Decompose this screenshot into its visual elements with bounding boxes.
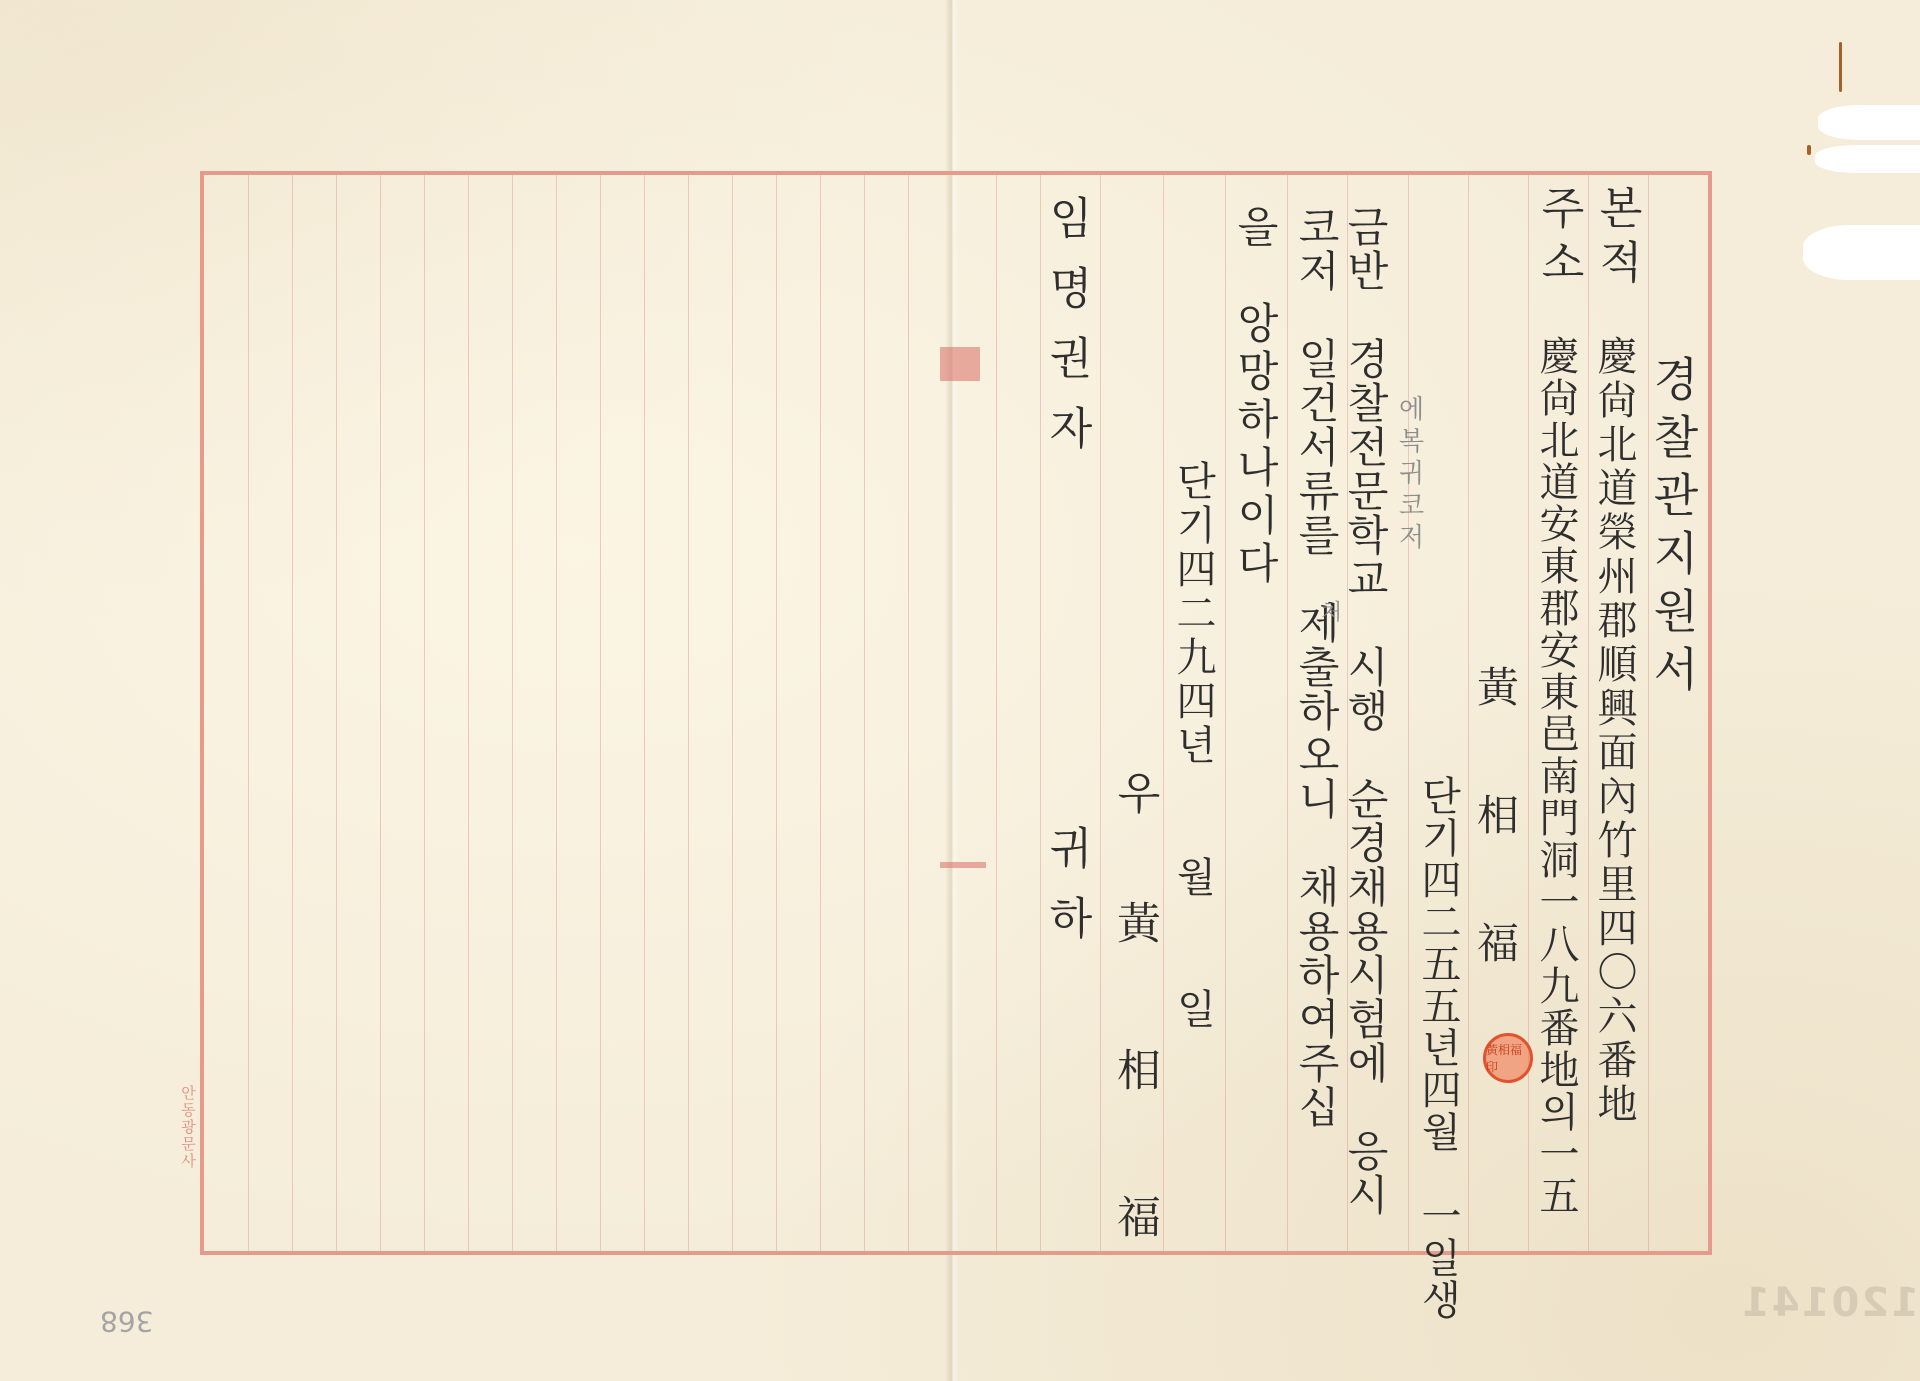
column-rule xyxy=(776,175,777,1251)
column-rule xyxy=(864,175,865,1251)
column-rule xyxy=(512,175,513,1251)
column-rule xyxy=(1648,175,1649,1251)
column-rule xyxy=(1588,175,1589,1251)
address-value: 慶尙北道安東郡安東邑南門洞一八九番地의一五 xyxy=(1536,335,1576,1217)
column-rule xyxy=(1528,175,1529,1251)
signature-prefix: 우 xyxy=(1112,770,1156,824)
page-number: 368 xyxy=(100,1305,153,1338)
pencil-annotation-small: 처 xyxy=(1318,600,1340,628)
domicile-value: 慶尙北道榮州郡順興面內竹里四〇六番地 xyxy=(1594,335,1634,1127)
recipient-line: 임명권자 귀하 xyxy=(1044,195,1088,965)
column-rule xyxy=(1287,175,1288,1251)
column-rule xyxy=(1225,175,1226,1251)
pencil-annotation: 에복귀코저 xyxy=(1396,395,1422,555)
column-rule xyxy=(644,175,645,1251)
column-rule xyxy=(380,175,381,1251)
column-rule xyxy=(908,175,909,1251)
printer-imprint: 안동광문사 xyxy=(178,1085,199,1170)
applicant-name: 黃 相 福 xyxy=(1474,665,1516,985)
column-rule xyxy=(424,175,425,1251)
column-rule xyxy=(248,175,249,1251)
column-rule xyxy=(1468,175,1469,1251)
rust-mark xyxy=(1839,42,1842,92)
archive-number: 120141 xyxy=(1740,1280,1919,1326)
body-line-3: 을 앙망하나이다 xyxy=(1234,205,1276,589)
body-line-1: 금반 경찰전문학교 시행 순경채용시험에 응시 xyxy=(1344,205,1386,1217)
edge-tear xyxy=(1818,105,1920,140)
document-title: 경찰관지원서 xyxy=(1650,355,1696,703)
column-rule xyxy=(1163,175,1164,1251)
name-seal: 黃相福印 xyxy=(1483,1033,1533,1083)
body-line-2: 코저 일건서류를 제출하오니 채용하여주십 xyxy=(1295,205,1337,1129)
address-label: 주소 xyxy=(1536,185,1580,293)
birth-date: 단기四二五五년四월 一일생 xyxy=(1418,775,1458,1321)
column-rule xyxy=(1100,175,1101,1251)
edge-tear xyxy=(1815,145,1920,173)
column-rule xyxy=(996,175,997,1251)
red-tape-mark xyxy=(940,862,986,868)
application-date: 단기四二九四년 월 일 xyxy=(1173,460,1213,1032)
column-rule xyxy=(600,175,601,1251)
column-rule xyxy=(1408,175,1409,1251)
column-rule xyxy=(556,175,557,1251)
edge-tear xyxy=(1803,225,1920,280)
signature-name: 黃 相 福 xyxy=(1112,900,1156,1264)
column-rule xyxy=(732,175,733,1251)
column-rule xyxy=(688,175,689,1251)
column-rule xyxy=(336,175,337,1251)
red-stamp-mark xyxy=(940,347,980,381)
column-rule xyxy=(292,175,293,1251)
column-rule xyxy=(820,175,821,1251)
rust-mark xyxy=(1807,145,1811,155)
domicile-label: 본적 xyxy=(1594,185,1638,293)
column-rule xyxy=(468,175,469,1251)
